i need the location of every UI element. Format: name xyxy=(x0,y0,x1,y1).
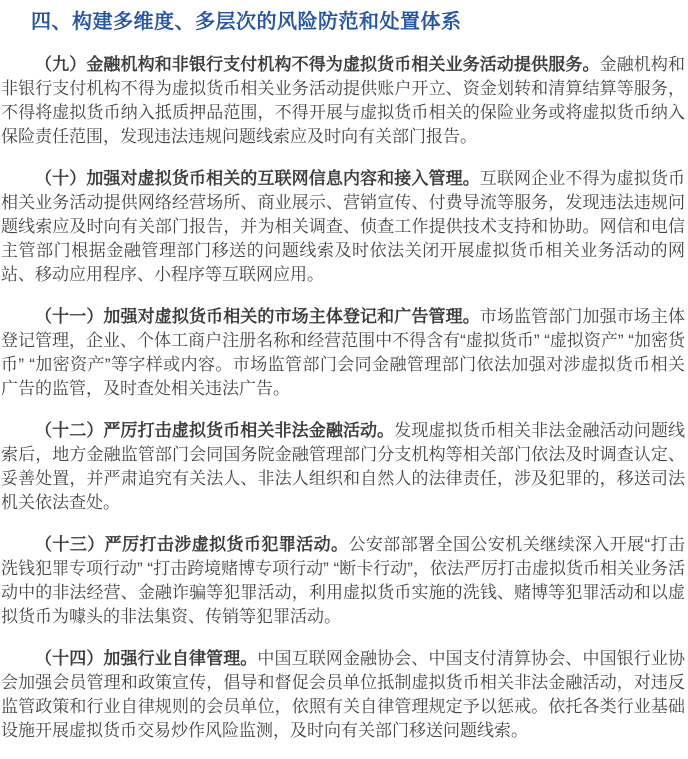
paragraph-13-lead: （十三）严厉打击涉虚拟货币犯罪活动。 xyxy=(35,535,348,554)
policy-paragraph-10: （十）加强对虚拟货币相关的互联网信息内容和接入管理。互联网企业不得为虚拟货币相关… xyxy=(1,167,685,287)
section-title: 四、构建多维度、多层次的风险防范和处置体系 xyxy=(1,8,685,35)
policy-paragraph-11: （十一）加强对虚拟货币相关的市场主体登记和广告管理。市场监管部门加强市场主体登记… xyxy=(1,305,685,401)
paragraph-9-lead: （九）金融机构和非银行支付机构不得为虚拟货币相关业务活动提供服务。 xyxy=(35,55,600,74)
policy-paragraph-14: （十四）加强行业自律管理。中国互联网金融协会、中国支付清算协会、中国银行业协会加… xyxy=(1,647,685,743)
policy-paragraph-13: （十三）严厉打击涉虚拟货币犯罪活动。公安部部署全国公安机关继续深入开展“打击洗钱… xyxy=(1,533,685,629)
paragraph-10-lead: （十）加强对虚拟货币相关的互联网信息内容和接入管理。 xyxy=(35,169,480,188)
policy-document: 四、构建多维度、多层次的风险防范和处置体系 （九）金融机构和非银行支付机构不得为… xyxy=(0,0,688,757)
paragraph-11-lead: （十一）加强对虚拟货币相关的市场主体登记和广告管理。 xyxy=(35,307,480,326)
policy-paragraph-12: （十二）严厉打击虚拟货币相关非法金融活动。发现虚拟货币相关非法金融活动问题线索后… xyxy=(1,419,685,515)
paragraph-12-lead: （十二）严厉打击虚拟货币相关非法金融活动。 xyxy=(35,421,394,440)
paragraph-14-lead: （十四）加强行业自律管理。 xyxy=(35,649,257,668)
policy-paragraph-9: （九）金融机构和非银行支付机构不得为虚拟货币相关业务活动提供服务。金融机构和非银… xyxy=(1,53,685,149)
